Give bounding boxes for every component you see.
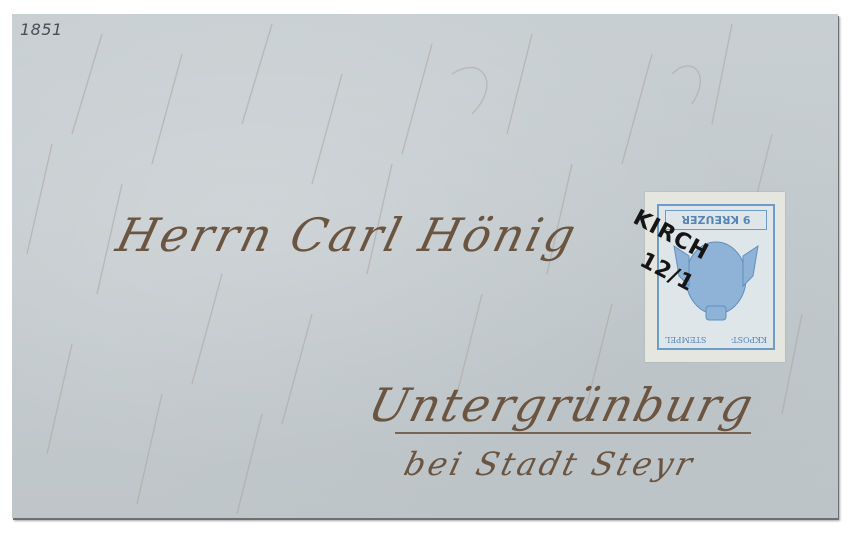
stamp-label-left: KKPOST- <box>731 328 767 344</box>
destination-district: bei Stadt Steyr <box>400 445 699 483</box>
destination-town: Untergrünburg <box>363 378 760 432</box>
town-underline <box>395 432 751 434</box>
year-note: 1851 <box>20 20 63 39</box>
addressee-name: Herrn Carl Hönig <box>111 208 584 262</box>
postmark-cancellation: KIRCH 12/1 <box>600 205 730 345</box>
